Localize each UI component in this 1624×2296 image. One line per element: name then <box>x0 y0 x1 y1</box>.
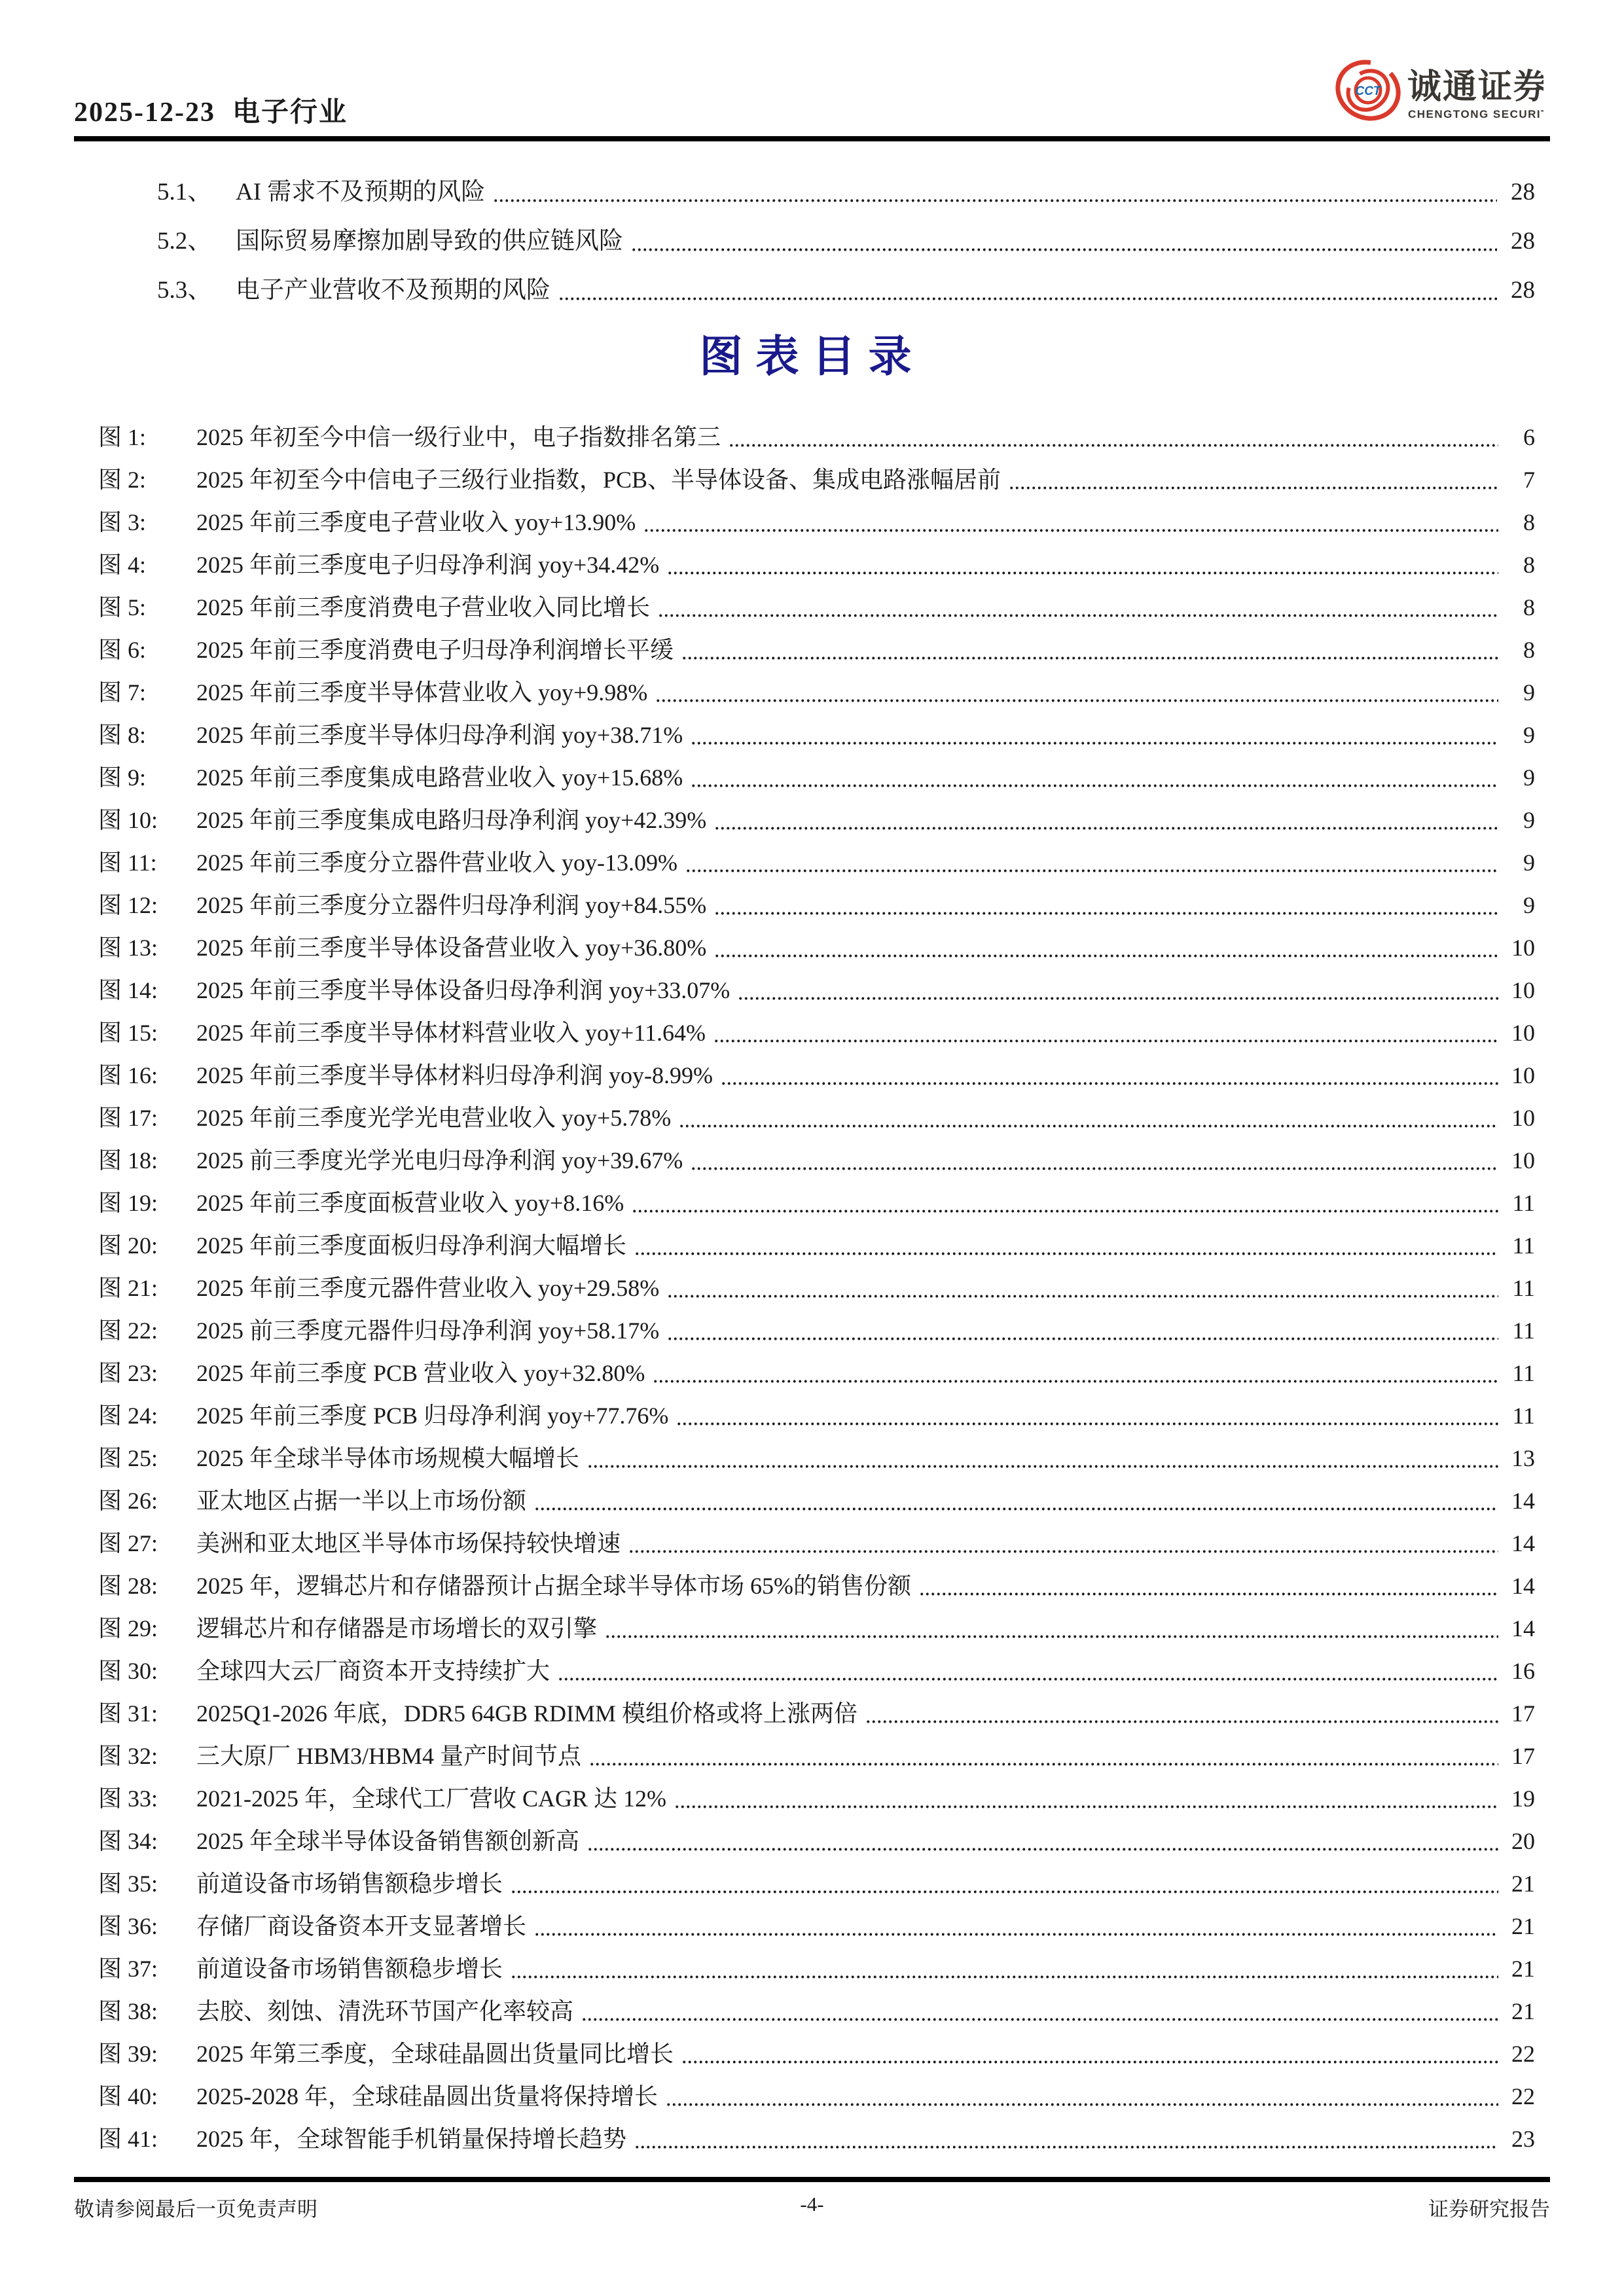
toc-entry-number: 图 23: <box>98 1352 196 1395</box>
dot-leader <box>691 784 1498 787</box>
risk-toc-row[interactable]: 5.3、 电子产业营收不及预期的风险 28 <box>74 266 1550 315</box>
toc-entry-title: AI 需求不及预期的风险 <box>236 168 485 217</box>
toc-entry-page: 17 <box>1502 1735 1535 1778</box>
figure-toc-row[interactable]: 图 35: 前道设备市场销售额稳步增长 21 <box>74 1863 1550 1905</box>
toc-entry-title: 2025 年前三季度消费电子营业收入同比增长 <box>196 586 650 629</box>
toc-entry-number: 图 27: <box>98 1522 196 1565</box>
figure-toc-row[interactable]: 图 4: 2025 年前三季度电子归母净利润 yoy+34.42% 8 <box>74 544 1550 586</box>
toc-entry-number: 图 12: <box>98 884 196 927</box>
toc-entry-title: 2025 年前三季度 PCB 营业收入 yoy+32.80% <box>196 1352 645 1395</box>
dot-leader <box>714 827 1498 830</box>
toc-entry-title: 2025 年，逻辑芯片和存储器预计占据全球半导体市场 65%的销售份额 <box>196 1565 911 1607</box>
dot-leader <box>738 997 1498 1000</box>
toc-entry-title: 2025 年前三季度分立器件归母净利润 yoy+84.55% <box>196 884 706 927</box>
figure-toc-row[interactable]: 图 3: 2025 年前三季度电子营业收入 yoy+13.90% 8 <box>74 501 1550 544</box>
logo-badge-text: CCT <box>1355 84 1381 98</box>
toc-entry-page: 9 <box>1502 672 1535 714</box>
toc-entry-page: 8 <box>1502 501 1535 544</box>
figure-toc-row[interactable]: 图 31: 2025Q1-2026 年底，DDR5 64GB RDIMM 模组价… <box>74 1693 1550 1735</box>
figure-toc-row[interactable]: 图 32: 三大原厂 HBM3/HBM4 量产时间节点 17 <box>74 1735 1550 1778</box>
toc-entry-title: 2025 年前三季度集成电路归母净利润 yoy+42.39% <box>196 799 706 842</box>
toc-entry-page: 21 <box>1502 1905 1535 1948</box>
toc-entry-title: 2021-2025 年，全球代工厂营收 CAGR 达 12% <box>196 1778 666 1820</box>
page-header: 2025-12-23电子行业 CCT 诚通证券 CHENGTONG SECURI… <box>74 0 1550 141</box>
toc-entry-title: 美洲和亚太地区半导体市场保持较快增速 <box>196 1522 621 1565</box>
toc-entry-title: 2025 年前三季度半导体设备营业收入 yoy+36.80% <box>196 927 706 969</box>
toc-entry-number: 图 26: <box>98 1480 196 1522</box>
figure-toc-row[interactable]: 图 26: 亚太地区占据一半以上市场份额 14 <box>74 1480 1550 1522</box>
figure-toc-row[interactable]: 图 20: 2025 年前三季度面板归母净利润大幅增长 11 <box>74 1225 1550 1267</box>
dot-leader <box>634 1252 1498 1255</box>
toc-entry-number: 图 38: <box>98 1990 196 2033</box>
figure-toc-row[interactable]: 图 28: 2025 年，逻辑芯片和存储器预计占据全球半导体市场 65%的销售份… <box>74 1565 1550 1607</box>
dot-leader <box>919 1592 1498 1596</box>
company-logo: CCT 诚通证券 CHENGTONG SECURITIES <box>1334 58 1543 126</box>
figure-toc-row[interactable]: 图 29: 逻辑芯片和存储器是市场增长的双引擎 14 <box>74 1607 1550 1650</box>
figure-toc-row[interactable]: 图 30: 全球四大云厂商资本开支持续扩大 16 <box>74 1650 1550 1693</box>
dot-leader <box>631 248 1497 251</box>
toc-entry-page: 10 <box>1502 1054 1535 1097</box>
toc-entry-title: 2025 年前三季度电子归母净利润 yoy+34.42% <box>196 544 659 586</box>
toc-entry-title: 全球四大云厂商资本开支持续扩大 <box>196 1650 550 1693</box>
dot-leader <box>655 699 1498 702</box>
chengtong-logo-icon: CCT 诚通证券 CHENGTONG SECURITIES <box>1334 58 1543 126</box>
toc-entry-title: 2025 年前三季度 PCB 归母净利润 yoy+77.76% <box>196 1395 668 1437</box>
logo-name-en: CHENGTONG SECURITIES <box>1408 108 1543 120</box>
dot-leader <box>714 912 1498 915</box>
toc-entry-title: 2025 年初至今中信电子三级行业指数，PCB、半导体设备、集成电路涨幅居前 <box>196 459 1001 501</box>
toc-entry-number: 图 9: <box>98 757 196 799</box>
figure-toc-row[interactable]: 图 22: 2025 前三季度元器件归母净利润 yoy+58.17% 11 <box>74 1310 1550 1352</box>
toc-entry-number: 图 32: <box>98 1735 196 1778</box>
toc-entry-page: 14 <box>1502 1607 1535 1650</box>
toc-entry-number: 图 10: <box>98 799 196 842</box>
figure-toc-row[interactable]: 图 34: 2025 年全球半导体设备销售额创新高 20 <box>74 1820 1550 1863</box>
toc-entry-title: 2025 年前三季度分立器件营业收入 yoy-13.09% <box>196 842 677 884</box>
toc-entry-title: 前道设备市场销售额稳步增长 <box>196 1863 503 1905</box>
toc-entry-page: 8 <box>1502 544 1535 586</box>
risk-toc-row[interactable]: 5.2、 国际贸易摩擦加剧导致的供应链风险 28 <box>74 217 1550 266</box>
toc-entry-number: 图 8: <box>98 714 196 757</box>
figure-toc-row[interactable]: 图 9: 2025 年前三季度集成电路营业收入 yoy+15.68% 9 <box>74 757 1550 799</box>
risk-toc-row[interactable]: 5.1、 AI 需求不及预期的风险 28 <box>74 168 1550 217</box>
toc-entry-title: 2025 年全球半导体设备销售额创新高 <box>196 1820 579 1863</box>
figure-toc-row[interactable]: 图 16: 2025 年前三季度半导体材料归母净利润 yoy-8.99% 10 <box>74 1054 1550 1097</box>
toc-entry-page: 9 <box>1502 884 1535 927</box>
toc-entry-page: 9 <box>1502 714 1535 757</box>
toc-entry-title: 存储厂商设备资本开支显著增长 <box>196 1905 526 1948</box>
toc-entry-page: 19 <box>1502 1778 1535 1820</box>
figure-toc-row[interactable]: 图 38: 去胶、刻蚀、清洗环节国产化率较高 21 <box>74 1990 1550 2033</box>
toc-entry-page: 21 <box>1502 1863 1535 1905</box>
toc-entry-title: 2025 年前三季度半导体归母净利润 yoy+38.71% <box>196 714 683 757</box>
dot-leader <box>558 1677 1498 1681</box>
toc-entry-number: 图 22: <box>98 1310 196 1352</box>
toc-entry-page: 21 <box>1502 1990 1535 2033</box>
toc-entry-page: 21 <box>1502 1948 1535 1990</box>
figure-toc-row[interactable]: 图 39: 2025 年第三季度，全球硅晶圆出货量同比增长 22 <box>74 2033 1550 2075</box>
toc-entry-number: 图 3: <box>98 501 196 544</box>
dot-leader <box>534 1933 1498 1936</box>
toc-entry-number: 图 15: <box>98 1012 196 1054</box>
toc-entry-title: 电子产业营收不及预期的风险 <box>236 266 550 315</box>
toc-entry-number: 图 21: <box>98 1267 196 1310</box>
dot-leader <box>676 1422 1498 1426</box>
toc-entry-title: 2025 年第三季度，全球硅晶圆出货量同比增长 <box>196 2033 674 2075</box>
dot-leader <box>589 1763 1498 1766</box>
toc-entry-number: 图 37: <box>98 1948 196 1990</box>
toc-entry-page: 22 <box>1502 2075 1535 2118</box>
dot-leader <box>681 2060 1498 2064</box>
report-toc-page: 2025-12-23电子行业 CCT 诚通证券 CHENGTONG SECURI… <box>0 0 1624 2296</box>
figure-toc-row[interactable]: 图 24: 2025 年前三季度 PCB 归母净利润 yoy+77.76% 11 <box>74 1395 1550 1437</box>
figure-toc-row[interactable]: 图 13: 2025 年前三季度半导体设备营业收入 yoy+36.80% 10 <box>74 927 1550 969</box>
header-title: 2025-12-23电子行业 <box>74 90 348 130</box>
dot-leader <box>667 1295 1498 1298</box>
toc-entry-page: 14 <box>1502 1522 1535 1565</box>
dot-leader <box>713 1039 1498 1043</box>
toc-entry-page: 11 <box>1502 1225 1535 1267</box>
dot-leader <box>865 1720 1498 1723</box>
industry-name: 电子行业 <box>232 98 348 128</box>
toc-entry-title: 2025 年前三季度面板归母净利润大幅增长 <box>196 1225 626 1267</box>
risk-toc-section: 5.1、 AI 需求不及预期的风险 28 5.2、 国际贸易摩擦加剧导致的供应链… <box>74 168 1550 315</box>
figure-toc-row[interactable]: 图 18: 2025 前三季度光学光电归母净利润 yoy+39.67% 10 <box>74 1139 1550 1182</box>
toc-entry-number: 图 34: <box>98 1820 196 1863</box>
figure-toc-row[interactable]: 图 10: 2025 年前三季度集成电路归母净利润 yoy+42.39% 9 <box>74 799 1550 842</box>
toc-entry-number: 5.3、 <box>157 266 236 315</box>
dot-leader <box>1009 486 1498 490</box>
figure-toc-row[interactable]: 图 19: 2025 年前三季度面板营业收入 yoy+8.16% 11 <box>74 1182 1550 1225</box>
toc-entry-page: 11 <box>1502 1395 1535 1437</box>
toc-entry-title: 2025 前三季度元器件归母净利润 yoy+58.17% <box>196 1310 659 1352</box>
toc-entry-number: 图 36: <box>98 1905 196 1948</box>
dot-leader <box>666 2103 1498 2106</box>
toc-entry-number: 图 19: <box>98 1182 196 1225</box>
dot-leader <box>632 1210 1498 1213</box>
toc-entry-title: 2025 年前三季度集成电路营业收入 yoy+15.68% <box>196 757 683 799</box>
toc-entry-title: 2025 年前三季度消费电子归母净利润增长平缓 <box>196 629 674 672</box>
toc-entry-page: 17 <box>1502 1693 1535 1735</box>
toc-entry-page: 9 <box>1502 842 1535 884</box>
toc-entry-number: 图 2: <box>98 459 196 501</box>
toc-entry-number: 图 6: <box>98 629 196 672</box>
toc-entry-title: 2025 年前三季度半导体材料归母净利润 yoy-8.99% <box>196 1054 713 1097</box>
toc-entry-title: 2025 年，全球智能手机销量保持增长趋势 <box>196 2118 626 2161</box>
toc-entry-number: 图 7: <box>98 672 196 714</box>
figure-toc-row[interactable]: 图 2: 2025 年初至今中信电子三级行业指数，PCB、半导体设备、集成电路涨… <box>74 459 1550 501</box>
report-date: 2025-12-23 <box>74 98 215 128</box>
toc-entry-page: 7 <box>1502 459 1535 501</box>
toc-entry-page: 14 <box>1502 1480 1535 1522</box>
toc-entry-title: 2025 年前三季度半导体材料营业收入 yoy+11.64% <box>196 1012 706 1054</box>
toc-entry-page: 10 <box>1502 1012 1535 1054</box>
dot-leader <box>493 199 1497 202</box>
toc-entry-page: 6 <box>1502 416 1535 459</box>
dot-leader <box>667 571 1498 575</box>
figure-toc-row[interactable]: 图 25: 2025 年全球半导体市场规模大幅增长 13 <box>74 1437 1550 1480</box>
figure-toc-row[interactable]: 图 1: 2025 年初至今中信一级行业中，电子指数排名第三 6 <box>74 416 1550 459</box>
toc-entry-number: 图 18: <box>98 1139 196 1182</box>
figure-toc-row[interactable]: 图 5: 2025 年前三季度消费电子营业收入同比增长 8 <box>74 586 1550 629</box>
logo-name-cn: 诚通证券 <box>1407 68 1543 106</box>
figure-toc-row[interactable]: 图 36: 存储厂商设备资本开支显著增长 21 <box>74 1905 1550 1948</box>
dot-leader <box>587 1848 1498 1851</box>
figure-toc-row[interactable]: 图 41: 2025 年，全球智能手机销量保持增长趋势 23 <box>74 2118 1550 2161</box>
toc-entry-number: 图 13: <box>98 927 196 969</box>
toc-entry-page: 10 <box>1502 1139 1535 1182</box>
dot-leader <box>685 869 1498 872</box>
toc-entry-title: 三大原厂 HBM3/HBM4 量产时间节点 <box>196 1735 581 1778</box>
toc-entry-title: 国际贸易摩擦加剧导致的供应链风险 <box>236 217 623 266</box>
dot-leader <box>658 614 1498 617</box>
toc-entry-page: 10 <box>1502 1097 1535 1139</box>
figure-toc-row[interactable]: 图 27: 美洲和亚太地区半导体市场保持较快增速 14 <box>74 1522 1550 1565</box>
toc-entry-number: 图 20: <box>98 1225 196 1267</box>
figure-toc-row[interactable]: 图 8: 2025 年前三季度半导体归母净利润 yoy+38.71% 9 <box>74 714 1550 757</box>
dot-leader <box>581 2018 1498 2021</box>
toc-entry-number: 图 14: <box>98 969 196 1012</box>
dot-leader <box>643 529 1498 532</box>
toc-entry-number: 图 33: <box>98 1778 196 1820</box>
toc-entry-number: 5.1、 <box>157 168 236 217</box>
dot-leader <box>653 1380 1498 1383</box>
toc-entry-title: 逻辑芯片和存储器是市场增长的双引擎 <box>196 1607 597 1650</box>
dot-leader <box>605 1635 1498 1638</box>
toc-entry-page: 13 <box>1502 1437 1535 1480</box>
figure-toc-row[interactable]: 图 17: 2025 年前三季度光学光电营业收入 yoy+5.78% 10 <box>74 1097 1550 1139</box>
toc-entry-title: 2025 年前三季度半导体设备归母净利润 yoy+33.07% <box>196 969 730 1012</box>
toc-entry-number: 图 16: <box>98 1054 196 1097</box>
toc-entry-number: 图 40: <box>98 2075 196 2118</box>
toc-entry-number: 图 11: <box>98 842 196 884</box>
dot-leader <box>587 1465 1498 1468</box>
figure-toc-section: 图 1: 2025 年初至今中信一级行业中，电子指数排名第三 6 图 2: 20… <box>74 416 1550 2161</box>
dot-leader <box>534 1507 1498 1511</box>
toc-entry-page: 11 <box>1502 1352 1535 1395</box>
toc-entry-page: 9 <box>1502 757 1535 799</box>
page-footer: -4- 敬请参阅最后一页免责声明 证券研究报告 <box>74 2177 1550 2222</box>
toc-entry-page: 23 <box>1502 2118 1535 2161</box>
toc-entry-number: 图 28: <box>98 1565 196 1607</box>
toc-entry-title: 2025-2028 年，全球硅晶圆出货量将保持增长 <box>196 2075 658 2118</box>
toc-entry-number: 图 39: <box>98 2033 196 2075</box>
toc-entry-page: 20 <box>1502 1820 1535 1863</box>
dot-leader <box>691 1167 1498 1170</box>
dot-leader <box>674 1805 1498 1808</box>
toc-entry-title: 2025 年前三季度半导体营业收入 yoy+9.98% <box>196 672 647 714</box>
figure-toc-row[interactable]: 图 7: 2025 年前三季度半导体营业收入 yoy+9.98% 9 <box>74 672 1550 714</box>
figure-toc-row[interactable]: 图 15: 2025 年前三季度半导体材料营业收入 yoy+11.64% 10 <box>74 1012 1550 1054</box>
toc-entry-title: 2025 年前三季度元器件营业收入 yoy+29.58% <box>196 1267 659 1310</box>
toc-entry-title: 去胶、刻蚀、清洗环节国产化率较高 <box>196 1990 573 2033</box>
toc-entry-page: 14 <box>1502 1565 1535 1607</box>
figure-toc-row[interactable]: 图 23: 2025 年前三季度 PCB 营业收入 yoy+32.80% 11 <box>74 1352 1550 1395</box>
toc-entry-number: 图 29: <box>98 1607 196 1650</box>
toc-entry-page: 11 <box>1502 1267 1535 1310</box>
dot-leader <box>558 297 1497 300</box>
figure-toc-row[interactable]: 图 33: 2021-2025 年，全球代工厂营收 CAGR 达 12% 19 <box>74 1778 1550 1820</box>
toc-entry-page: 8 <box>1502 586 1535 629</box>
toc-entry-title: 2025 年前三季度面板营业收入 yoy+8.16% <box>196 1182 624 1225</box>
toc-entry-number: 5.2、 <box>157 217 236 266</box>
toc-entry-number: 图 35: <box>98 1863 196 1905</box>
toc-entry-page: 28 <box>1502 168 1535 217</box>
toc-entry-page: 28 <box>1502 217 1535 266</box>
figure-toc-row[interactable]: 图 40: 2025-2028 年，全球硅晶圆出货量将保持增长 22 <box>74 2075 1550 2118</box>
toc-entry-title: 亚太地区占据一半以上市场份额 <box>196 1480 526 1522</box>
dot-leader <box>729 444 1498 447</box>
toc-entry-number: 图 41: <box>98 2118 196 2161</box>
toc-entry-number: 图 4: <box>98 544 196 586</box>
toc-entry-title: 2025Q1-2026 年底，DDR5 64GB RDIMM 模组价格或将上涨两… <box>196 1693 857 1735</box>
dot-leader <box>679 1124 1498 1128</box>
figure-toc-row[interactable]: 图 6: 2025 年前三季度消费电子归母净利润增长平缓 8 <box>74 629 1550 672</box>
toc-entry-number: 图 30: <box>98 1650 196 1693</box>
toc-entry-title: 2025 年全球半导体市场规模大幅增长 <box>196 1437 579 1480</box>
figure-toc-row[interactable]: 图 21: 2025 年前三季度元器件营业收入 yoy+29.58% 11 <box>74 1267 1550 1310</box>
figure-toc-title: 图表目录 <box>74 328 1550 387</box>
dot-leader <box>681 656 1498 660</box>
toc-entry-number: 图 25: <box>98 1437 196 1480</box>
figure-toc-row[interactable]: 图 37: 前道设备市场销售额稳步增长 21 <box>74 1948 1550 1990</box>
toc-entry-title: 前道设备市场销售额稳步增长 <box>196 1948 503 1990</box>
toc-entry-page: 11 <box>1502 1182 1535 1225</box>
toc-entry-number: 图 17: <box>98 1097 196 1139</box>
dot-leader <box>628 1550 1498 1553</box>
dot-leader <box>667 1337 1498 1340</box>
dot-leader <box>714 954 1498 958</box>
toc-entry-number: 图 24: <box>98 1395 196 1437</box>
toc-entry-page: 11 <box>1502 1310 1535 1352</box>
figure-toc-row[interactable]: 图 14: 2025 年前三季度半导体设备归母净利润 yoy+33.07% 10 <box>74 969 1550 1012</box>
toc-entry-number: 图 1: <box>98 416 196 459</box>
figure-toc-row[interactable]: 图 12: 2025 年前三季度分立器件归母净利润 yoy+84.55% 9 <box>74 884 1550 927</box>
toc-entry-title: 2025 年初至今中信一级行业中，电子指数排名第三 <box>196 416 721 459</box>
toc-entry-page: 8 <box>1502 629 1535 672</box>
toc-entry-page: 28 <box>1502 266 1535 315</box>
dot-leader <box>511 1975 1498 1979</box>
dot-leader <box>634 2145 1498 2149</box>
toc-entry-number: 图 5: <box>98 586 196 629</box>
toc-entry-title: 2025 前三季度光学光电归母净利润 yoy+39.67% <box>196 1139 683 1182</box>
toc-entry-page: 22 <box>1502 2033 1535 2075</box>
footer-page-number: -4- <box>74 2193 1550 2216</box>
toc-entry-number: 图 31: <box>98 1693 196 1735</box>
dot-leader <box>691 742 1498 745</box>
toc-entry-page: 9 <box>1502 799 1535 842</box>
dot-leader <box>721 1082 1498 1085</box>
dot-leader <box>511 1890 1498 1893</box>
toc-entry-page: 16 <box>1502 1650 1535 1693</box>
figure-toc-row[interactable]: 图 11: 2025 年前三季度分立器件营业收入 yoy-13.09% 9 <box>74 842 1550 884</box>
toc-entry-page: 10 <box>1502 969 1535 1012</box>
toc-entry-page: 10 <box>1502 927 1535 969</box>
toc-entry-title: 2025 年前三季度电子营业收入 yoy+13.90% <box>196 501 636 544</box>
toc-entry-title: 2025 年前三季度光学光电营业收入 yoy+5.78% <box>196 1097 671 1139</box>
